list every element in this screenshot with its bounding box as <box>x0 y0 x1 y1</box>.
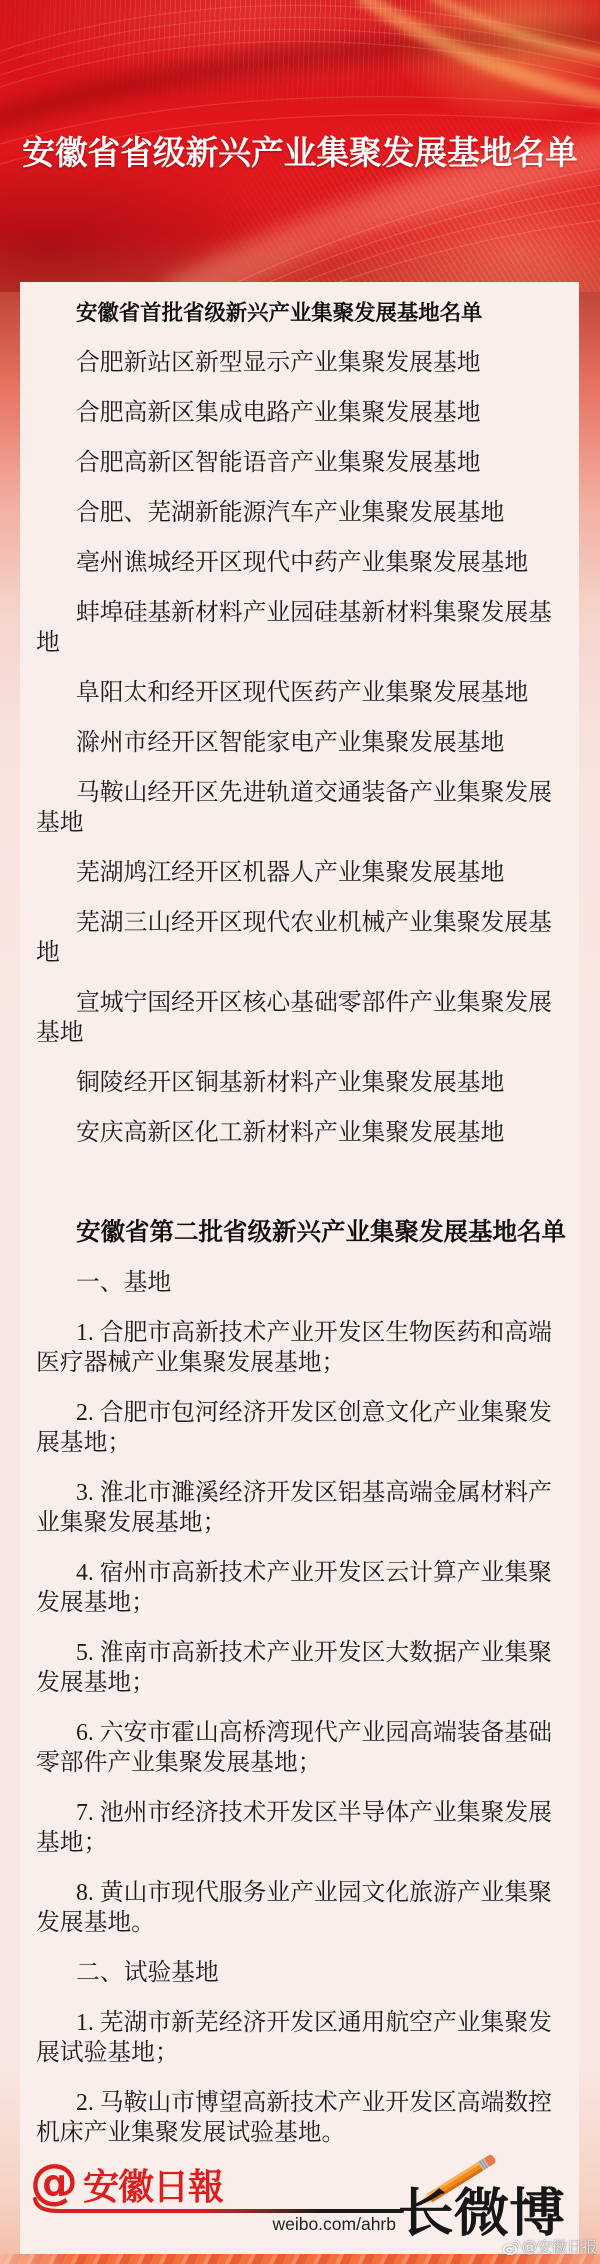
list-item: 安庆高新区化工新材料产业集聚发展基地 <box>36 1118 579 1148</box>
footer-brand: @ 安徽日報 weibo.com/ahrb 长微博 <box>20 2150 579 2254</box>
product-logo-text: 长微博 <box>398 2186 565 2242</box>
list-item: 芜湖三山经开区现代农业机械产业集聚发展基 地 <box>36 908 579 968</box>
item-first-line: 1.芜湖市新芜经济开发区通用航空产业集聚发 <box>36 2008 579 2038</box>
item-number: 4. <box>76 1558 100 1588</box>
item-text: 池州市经济技术开发区半导体产业集聚发展 <box>100 1800 552 1826</box>
item-number: 2. <box>76 2088 100 2118</box>
list-item: 合肥高新区集成电路产业集聚发展基地 <box>36 398 579 428</box>
list-item: 亳州谯城经开区现代中药产业集聚发展基地 <box>36 548 579 578</box>
item-text: 马鞍山市博望高新技术产业开发区高端数控 <box>100 2090 552 2116</box>
numbered-item: 8.黄山市现代服务业产业园文化旅游产业集聚 发展基地。 <box>36 1878 579 1938</box>
item-number: 5. <box>76 1638 100 1668</box>
item-text: 黄山市现代服务业产业园文化旅游产业集聚 <box>100 1880 552 1906</box>
item-text: 合肥高新区智能语音产业集聚发展基地 <box>36 448 579 478</box>
content-card: 安徽省首批省级新兴产业集聚发展基地名单 合肥新站区新型显示产业集聚发展基地 合肥… <box>20 282 579 2254</box>
numbered-item: 5.淮南市高新技术产业开发区大数据产业集聚 发展基地； <box>36 1638 579 1698</box>
item-first-line: 6.六安市霍山高桥湾现代产业园高端装备基础 <box>36 1718 579 1748</box>
section-heading-text: 安徽省第二批省级新兴产业集聚发展基地名单 <box>36 1218 579 1248</box>
brand-url: weibo.com/ahrb <box>268 2215 396 2233</box>
item-text-wrap: 医疗器械产业集聚发展基地； <box>36 1348 579 1378</box>
item-text: 铜陵经开区铜基新材料产业集聚发展基地 <box>36 1068 579 1098</box>
hero-banner: 安徽省省级新兴产业集聚发展基地名单 <box>0 0 600 292</box>
item-text: 芜湖三山经开区现代农业机械产业集聚发展基 <box>36 908 579 938</box>
item-first-line: 2.合肥市包河经济开发区创意文化产业集聚发 <box>36 1398 579 1428</box>
item-text-wrap: 基地； <box>36 1828 579 1858</box>
item-text: 宣城宁国经开区核心基础零部件产业集聚发展 <box>36 988 579 1018</box>
list-item: 滁州市经开区智能家电产业集聚发展基地 <box>36 728 579 758</box>
item-text: 芜湖市新芜经济开发区通用航空产业集聚发 <box>100 2010 552 2036</box>
item-text-wrap: 业集聚发展基地； <box>36 1508 579 1538</box>
numbered-item: 4.宿州市高新技术产业开发区云计算产业集聚 发展基地； <box>36 1558 579 1618</box>
item-number: 1. <box>76 2008 100 2038</box>
watermark-text: @安徽日报 <box>522 2237 597 2257</box>
item-text-wrap: 发展基地； <box>36 1668 579 1698</box>
item-number: 2. <box>76 1398 100 1428</box>
list-item: 合肥高新区智能语音产业集聚发展基地 <box>36 448 579 478</box>
item-text-wrap: 地 <box>36 628 579 658</box>
item-text: 合肥新站区新型显示产业集聚发展基地 <box>36 348 579 378</box>
item-text-wrap: 地 <box>36 938 579 968</box>
section-heading-second-batch: 安徽省第二批省级新兴产业集聚发展基地名单 <box>36 1218 579 1248</box>
watermark: @安徽日报 <box>503 2237 597 2257</box>
weibo-logo-icon <box>503 2240 520 2255</box>
item-text: 滁州市经开区智能家电产业集聚发展基地 <box>36 728 579 758</box>
item-first-line: 4.宿州市高新技术产业开发区云计算产业集聚 <box>36 1558 579 1588</box>
list-item: 蚌埠硅基新材料产业园硅基新材料集聚发展基 地 <box>36 598 579 658</box>
numbered-item: 3.淮北市濉溪经济开发区铝基高端金属材料产 业集聚发展基地； <box>36 1478 579 1538</box>
numbered-item: 7.池州市经济技术开发区半导体产业集聚发展 基地； <box>36 1798 579 1858</box>
group-title-bases: 一、基地 <box>36 1268 579 1298</box>
item-text-wrap: 基地 <box>36 1018 579 1048</box>
item-number: 3. <box>76 1478 100 1508</box>
section-spacer <box>36 1168 579 1218</box>
list-item: 阜阳太和经开区现代医药产业集聚发展基地 <box>36 678 579 708</box>
list-item: 马鞍山经开区先进轨道交通装备产业集聚发展 基地 <box>36 778 579 838</box>
page-title: 安徽省省级新兴产业集聚发展基地名单 <box>0 133 600 173</box>
item-first-line: 3.淮北市濉溪经济开发区铝基高端金属材料产 <box>36 1478 579 1508</box>
item-first-line: 8.黄山市现代服务业产业园文化旅游产业集聚 <box>36 1878 579 1908</box>
item-text-wrap: 展试验基地； <box>36 2038 579 2068</box>
item-text: 合肥高新区集成电路产业集聚发展基地 <box>36 398 579 428</box>
item-text: 安庆高新区化工新材料产业集聚发展基地 <box>36 1118 579 1148</box>
brand-at-symbol: @ <box>30 2156 78 2208</box>
item-first-line: 7.池州市经济技术开发区半导体产业集聚发展 <box>36 1798 579 1828</box>
item-number: 7. <box>76 1798 100 1828</box>
numbered-item: 2.马鞍山市博望高新技术产业开发区高端数控 机床产业集聚发展试验基地。 <box>36 2088 579 2148</box>
item-text: 阜阳太和经开区现代医药产业集聚发展基地 <box>36 678 579 708</box>
list-item: 铜陵经开区铜基新材料产业集聚发展基地 <box>36 1068 579 1098</box>
item-text: 蚌埠硅基新材料产业园硅基新材料集聚发展基 <box>36 598 579 628</box>
item-number: 1. <box>76 1318 100 1348</box>
list-item: 芜湖鸠江经开区机器人产业集聚发展基地 <box>36 858 579 888</box>
item-text-wrap: 发展基地； <box>36 1588 579 1618</box>
item-text-wrap: 机床产业集聚发展试验基地。 <box>36 2118 579 2148</box>
numbered-item: 1.合肥市高新技术产业开发区生物医药和高端 医疗器械产业集聚发展基地； <box>36 1318 579 1378</box>
group-title-text: 二、试验基地 <box>36 1958 579 1988</box>
item-text: 宿州市高新技术产业开发区云计算产业集聚 <box>100 1560 552 1586</box>
numbered-item: 2.合肥市包河经济开发区创意文化产业集聚发 展基地； <box>36 1398 579 1458</box>
item-first-line: 2.马鞍山市博望高新技术产业开发区高端数控 <box>36 2088 579 2118</box>
list-content: 安徽省首批省级新兴产业集聚发展基地名单 合肥新站区新型显示产业集聚发展基地 合肥… <box>20 282 579 2148</box>
list-item: 合肥、芜湖新能源汽车产业集聚发展基地 <box>36 498 579 528</box>
item-text: 马鞍山经开区先进轨道交通装备产业集聚发展 <box>36 778 579 808</box>
group-title-pilot-bases: 二、试验基地 <box>36 1958 579 1988</box>
list-item: 宣城宁国经开区核心基础零部件产业集聚发展 基地 <box>36 988 579 1048</box>
item-text: 六安市霍山高桥湾现代产业园高端装备基础 <box>100 1720 552 1746</box>
item-number: 6. <box>76 1718 100 1748</box>
item-first-line: 5.淮南市高新技术产业开发区大数据产业集聚 <box>36 1638 579 1668</box>
item-text-wrap: 零部件产业集聚发展基地； <box>36 1748 579 1778</box>
item-number: 8. <box>76 1878 100 1908</box>
list-item: 合肥新站区新型显示产业集聚发展基地 <box>36 348 579 378</box>
item-text: 合肥市包河经济开发区创意文化产业集聚发 <box>100 1400 552 1426</box>
item-text: 淮南市高新技术产业开发区大数据产业集聚 <box>100 1640 552 1666</box>
item-text: 亳州谯城经开区现代中药产业集聚发展基地 <box>36 548 579 578</box>
item-text: 合肥市高新技术产业开发区生物医药和高端 <box>100 1320 552 1346</box>
numbered-item: 1.芜湖市新芜经济开发区通用航空产业集聚发 展试验基地； <box>36 2008 579 2068</box>
item-text-wrap: 展基地； <box>36 1428 579 1458</box>
item-first-line: 1.合肥市高新技术产业开发区生物医药和高端 <box>36 1318 579 1348</box>
item-text-wrap: 发展基地。 <box>36 1908 579 1938</box>
item-text: 合肥、芜湖新能源汽车产业集聚发展基地 <box>36 498 579 528</box>
item-text-wrap: 基地 <box>36 808 579 838</box>
section-heading-first-batch: 安徽省首批省级新兴产业集聚发展基地名单 <box>36 298 579 328</box>
brand-logo-text: 安徽日報 <box>83 2165 223 2209</box>
numbered-item: 6.六安市霍山高桥湾现代产业园高端装备基础 零部件产业集聚发展基地； <box>36 1718 579 1778</box>
section-heading-text: 安徽省首批省级新兴产业集聚发展基地名单 <box>36 298 579 328</box>
item-text: 淮北市濉溪经济开发区铝基高端金属材料产 <box>100 1480 552 1506</box>
item-text: 芜湖鸠江经开区机器人产业集聚发展基地 <box>36 858 579 888</box>
group-title-text: 一、基地 <box>36 1268 579 1298</box>
